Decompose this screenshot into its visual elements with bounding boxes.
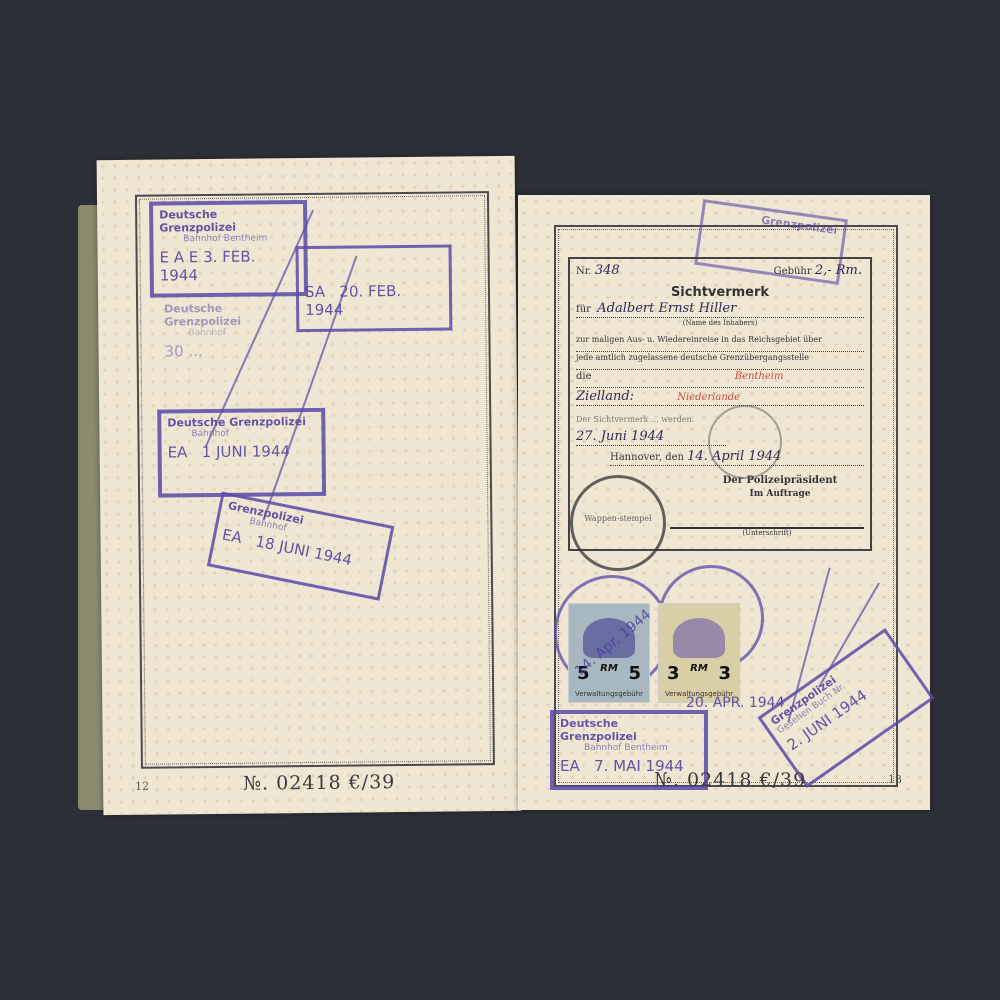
eagle-emblem-icon xyxy=(673,618,725,658)
faded-stamp: Deutsche Grenzpolizei Bahnhof 30 ... xyxy=(158,298,309,390)
stamp-date: 30 ... xyxy=(158,337,308,365)
visa-line-2: jede amtlich zugelassene deutsche Grenzü… xyxy=(576,353,864,370)
border-stamp-1: Deutsche Grenzpolizei Bahnhof Bentheim E… xyxy=(149,200,308,298)
border-stamp-2: SA 20. FEB. 1944 xyxy=(295,244,452,332)
right-page: Grenzpolizei Nr. 348 Gebühr 2,- Rm. Sich… xyxy=(518,195,930,810)
page-number: 12 xyxy=(135,780,149,793)
visa-valid-date: 27. Juni 1944 xyxy=(576,429,726,446)
visa-number: Nr. 348 xyxy=(576,263,620,278)
stamp-header: Deutsche Grenzpolizei xyxy=(554,714,704,743)
official-seal: Wappen-stempel xyxy=(570,475,666,571)
faint-seal xyxy=(708,405,782,479)
stamp-value: 3RM3 xyxy=(667,663,731,684)
visa-holder-row: für Adalbert Ernst Hiller xyxy=(576,301,864,318)
stamp-header: Deutsche Grenzpolizei xyxy=(153,204,303,235)
stamp-header: Deutsche Grenzpolizei xyxy=(158,298,308,329)
visa-fee: Gebühr 2,- Rm. xyxy=(774,263,862,278)
stamp-sub: Bahnhof xyxy=(161,428,321,440)
page-number: 13 xyxy=(888,773,902,786)
visa-destination-row: Zielland: Niederlande xyxy=(576,389,864,406)
stamp-sub: Bahnhof xyxy=(158,327,308,339)
border-stamp-3: Deutsche Grenzpolizei Bahnhof EA 1 JUNI … xyxy=(157,408,326,498)
stamp-sub: Bahnhof Bentheim xyxy=(153,233,303,245)
visa-line-1: zur maligen Aus- u. Wiedereinreise in da… xyxy=(576,335,864,352)
signature-line: (Unterschrift) xyxy=(670,527,864,537)
stamp-date: SA 20. FEB. 1944 xyxy=(299,248,450,324)
stamp-date: EA 1 JUNI 1944 xyxy=(162,438,322,466)
revenue-stamp-3rm: 3RM3 Verwaltungsgebühr xyxy=(658,603,740,703)
holder-caption: (Name des Inhabers) xyxy=(570,319,870,327)
seal-center-text: Wappen-stempel xyxy=(573,514,663,523)
left-page: Deutsche Grenzpolizei Bahnhof Bentheim E… xyxy=(97,156,522,815)
visa-authority: Der Polizeipräsident xyxy=(690,475,870,486)
visa-crossing-row: die Bentheim xyxy=(576,371,864,388)
stamp-header: Grenzpolizei xyxy=(704,203,845,238)
visa-title: Sichtvermerk xyxy=(570,285,870,300)
stamp-sub: Bahnhof Bentheim xyxy=(554,743,704,753)
visa-authority-sub: Im Auftrage xyxy=(690,489,870,499)
stamp-label: Verwaltungsgebühr xyxy=(569,690,649,698)
passport-serial: №. 02418 €/39 xyxy=(243,771,395,795)
passport-serial: №. 02418 €/39 xyxy=(654,769,806,791)
